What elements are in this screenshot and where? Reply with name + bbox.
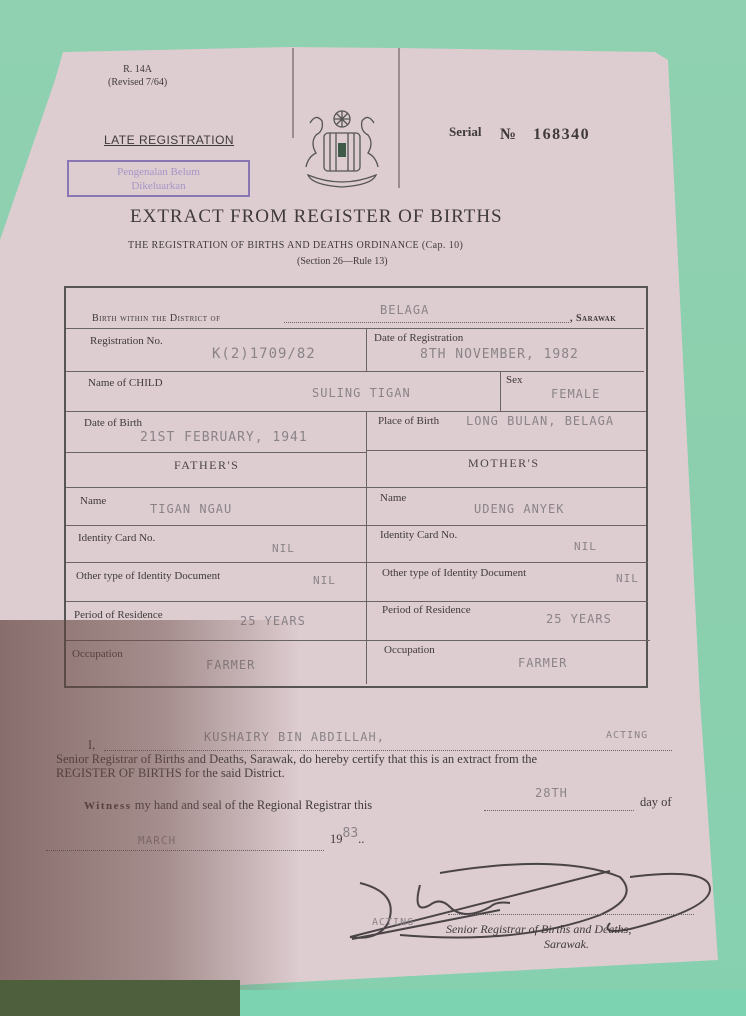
column-divider [366, 329, 367, 371]
row-divider [66, 452, 366, 453]
serial-number-symbol: № [500, 126, 518, 143]
mother-name-value: UDENG ANYEK [474, 502, 564, 516]
purple-stamp: Pengenalan Belum Dikeluarkan [67, 160, 250, 197]
day-value: 28TH [535, 786, 568, 800]
row-divider [66, 371, 644, 372]
child-name-label: Name of CHILD [88, 377, 163, 389]
mother-name-label: Name [380, 492, 406, 504]
mother-occupation-value: FARMER [518, 656, 567, 670]
child-name-value: SULING TIGAN [312, 386, 411, 400]
father-occupation-value: FARMER [206, 658, 255, 672]
registration-no-label: Registration No. [90, 335, 163, 347]
certification-line-3-rest: for the said District. [185, 766, 285, 780]
sex-value: FEMALE [551, 387, 600, 401]
sex-label: Sex [506, 374, 523, 386]
malaysia-coat-of-arms-icon [302, 103, 382, 193]
serial-number: № 168340 [500, 126, 590, 144]
father-occupation-label: Occupation [72, 648, 123, 660]
row-divider [66, 525, 646, 526]
row-divider [66, 411, 646, 412]
day-dotted-line [484, 810, 634, 811]
paper-crease [398, 48, 400, 188]
year-line: 1983.. [330, 832, 364, 847]
registrar-dotted-line [104, 750, 672, 751]
district-label: Birth within the District of [92, 313, 220, 324]
section-line: (Section 26—Rule 13) [297, 256, 388, 267]
year-suffix: .. [358, 832, 364, 846]
signature-title-line-1: Senior Registrar of Births and Deaths, [446, 922, 631, 937]
date-of-birth-label: Date of Birth [84, 417, 142, 429]
mother-other-id-value: NIL [616, 572, 639, 585]
witness-line: Witness my hand and seal of the Regional… [84, 798, 372, 813]
date-of-birth-value: 21ST FEBRUARY, 1941 [140, 430, 308, 445]
father-ic-value: NIL [272, 542, 295, 555]
late-registration-label: LATE REGISTRATION [104, 133, 234, 147]
ordinance-line: THE REGISTRATION OF BIRTHS AND DEATHS OR… [128, 240, 463, 251]
month-dotted-line [46, 850, 324, 851]
stamp-line-2: Dikeluarkan [69, 179, 248, 193]
fathers-heading: FATHER'S [174, 458, 239, 473]
day-of-label: day of [640, 795, 672, 810]
certification-prefix: I, [88, 738, 95, 753]
father-name-value: TIGAN NGAU [150, 502, 232, 516]
serial-label: Serial [449, 124, 482, 140]
row-divider [366, 450, 646, 451]
witness-text: my hand and seal of the Regional Registr… [135, 798, 372, 812]
signature-dotted-line [448, 914, 694, 915]
mothers-heading: MOTHER'S [468, 456, 540, 471]
row-divider [66, 328, 644, 329]
date-of-registration-value: 8TH NOVEMBER, 1982 [420, 347, 579, 362]
father-residence-value: 25 YEARS [240, 614, 306, 628]
registration-no-value: K(2)1709/82 [212, 346, 316, 362]
witness-emphasis: Witness [84, 800, 132, 812]
mother-residence-value: 25 YEARS [546, 612, 612, 626]
row-divider [66, 601, 648, 602]
signature-title-line-2: Sarawak. [544, 937, 589, 952]
place-of-birth-value: LONG BULAN, BELAGA [466, 414, 614, 428]
acting-stamp: ACTING [372, 917, 414, 928]
year-value: 83 [343, 826, 359, 841]
serial-number-value: 168340 [533, 126, 590, 143]
father-name-label: Name [80, 495, 106, 507]
father-ic-label: Identity Card No. [78, 532, 155, 544]
mother-ic-label: Identity Card No. [380, 529, 457, 541]
acting-label: ACTING [606, 730, 648, 741]
form-code: R. 14A (Revised 7/64) [108, 63, 167, 89]
place-of-birth-label: Place of Birth [378, 415, 439, 427]
document-title: EXTRACT FROM REGISTER OF BIRTHS [130, 206, 503, 228]
certification-line-3: REGISTER OF BIRTHS for the said District… [56, 766, 285, 781]
registrar-name: KUSHAIRY BIN ABDILLAH, [204, 730, 385, 744]
column-divider [366, 412, 367, 684]
district-value: BELAGA [380, 303, 429, 317]
district-dotted-line [284, 322, 569, 323]
mother-occupation-label: Occupation [384, 644, 435, 656]
mother-residence-label: Period of Residence [382, 604, 471, 616]
row-divider [66, 487, 646, 488]
background-shadow [0, 980, 240, 1016]
form-revision: (Revised 7/64) [108, 76, 167, 89]
certification-line-2: Senior Registrar of Births and Deaths, S… [56, 752, 537, 767]
row-divider [66, 562, 648, 563]
mother-other-id-label: Other type of Identity Document [382, 567, 526, 579]
father-other-id-value: NIL [313, 574, 336, 587]
state-label: , Sarawak [570, 313, 616, 324]
register-of-births-emphasis: REGISTER OF BIRTHS [56, 766, 182, 780]
column-divider [500, 372, 501, 412]
paper-crease [292, 48, 294, 138]
father-other-id-label: Other type of Identity Document [76, 570, 220, 582]
row-divider [66, 640, 650, 641]
father-residence-label: Period of Residence [74, 609, 163, 621]
date-of-registration-label: Date of Registration [374, 332, 463, 344]
year-prefix: 19 [330, 832, 343, 846]
stamp-line-1: Pengenalan Belum [69, 165, 248, 179]
mother-ic-value: NIL [574, 540, 597, 553]
form-code-text: R. 14A [108, 63, 167, 76]
month-value: MARCH [138, 834, 176, 847]
